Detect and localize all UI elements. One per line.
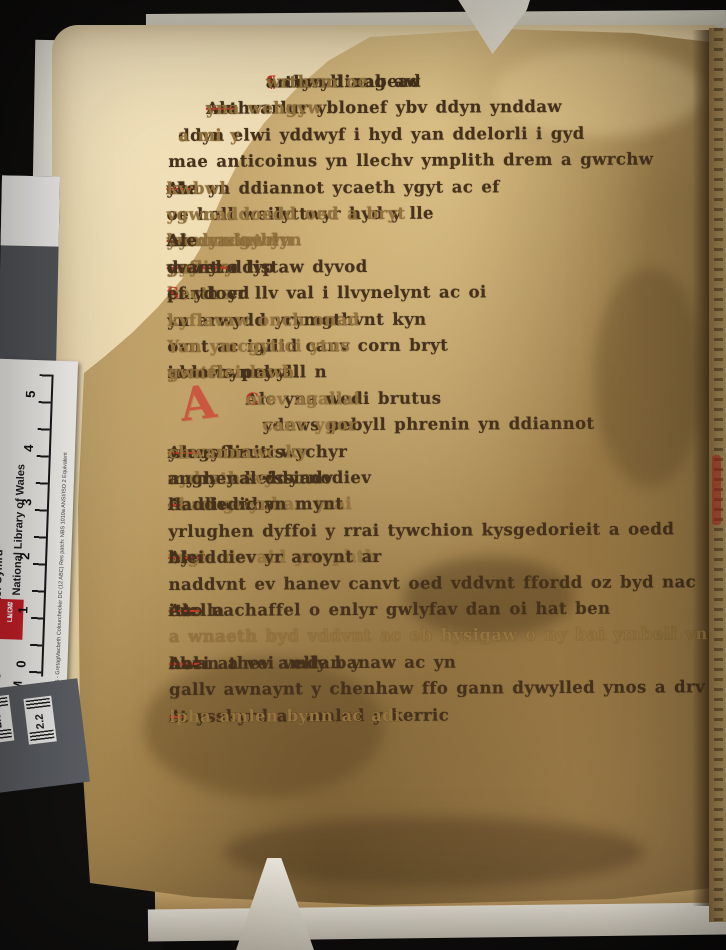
- manuscript-word-run: anghenal ddyrnodiev: [168, 468, 371, 488]
- manuscript-word-run: eu lla: [169, 601, 225, 620]
- ruler-number: 4: [21, 432, 36, 452]
- resolution-patch-label: 2.3: [0, 710, 5, 729]
- manuscript-word-run: lpha amlen bynn ac adi: [169, 705, 401, 725]
- rubric-initial-a: A: [177, 378, 218, 428]
- library-label-english: National Library of Wales: [11, 363, 31, 595]
- resolution-patch-label: 2.2: [33, 710, 47, 729]
- manuscript-word-run: gallv awnaynt y chenhaw ffo gann dywylle…: [169, 677, 705, 699]
- resolution-patch: 2.3: [0, 695, 14, 744]
- manuscript-word-run: yna wehgyw: [206, 99, 322, 119]
- manuscript-word-run: yrlughen dyffoi y rrai tywchion kysgedor…: [168, 519, 674, 541]
- resolution-patch-card: 2.3 2.2: [0, 678, 90, 793]
- manuscript-word-run: itto nachaffel o enlyr gwlyfav dan oi ha…: [169, 599, 611, 620]
- manuscript-word-run: a mi y: [178, 125, 240, 144]
- manuscript-word-run: ef ydoed: [167, 284, 250, 303]
- manuscript-word-run: kyflavaw onch onad: [167, 310, 360, 330]
- ruler-number: 2: [17, 540, 32, 560]
- manuscript-word-run: mae anticoinus yn llechv ymplith drem a …: [168, 150, 653, 172]
- manuscript-word-run: lladdedic yn mynt: [168, 494, 343, 514]
- manuscript-word-run: vvant o lyp: [167, 257, 275, 277]
- resolution-patch: 2.2: [23, 696, 56, 745]
- ruler-card: Llyfrgell Genedlaethol Cymru National Li…: [0, 359, 78, 712]
- ruler-number: 3: [19, 486, 34, 506]
- manuscript-word-run: chwannawc ky: [168, 442, 308, 462]
- manuscript-word-run: wrthvm oe: [266, 72, 369, 92]
- manuscript-word-run: naddvnt ev hanev canvt oed vddvnt ffordd…: [169, 572, 697, 594]
- manuscript-word-run: orev agallai: [246, 389, 361, 409]
- ruler-scale-ticks: [29, 374, 54, 676]
- ruler-number: 5: [23, 378, 38, 398]
- grayscale-wedge: [0, 175, 60, 370]
- manuscript-word-run: kwbwl: [166, 178, 226, 197]
- manuscript-word-run: hwan a vei velly banaw ac yn: [169, 652, 456, 673]
- manuscript-word-run: bleiddiev yr aroynt ar: [168, 547, 381, 567]
- nlw-logo-line2: NLW: [7, 601, 15, 618]
- ruler-number: 0: [13, 647, 28, 667]
- manuscript-word-run: canv ygor: [263, 415, 358, 434]
- manuscript-word-run: Ale: [167, 231, 198, 250]
- manuscript-word-run: Yan ymcgytici ytus: [167, 336, 350, 356]
- grayscale-patch-white: [1, 175, 60, 246]
- manuscript-word-run: a wnaeth byd vddvnt ac eb hysigaw o ny b…: [169, 625, 708, 647]
- ruler-number: 1: [15, 593, 30, 613]
- manuscript-word-run: ygwnaddoedd oed a bryt: [167, 204, 406, 224]
- manuscript-photo: a thwyll nabead ¶ annyn diang aw wrthvm …: [0, 0, 726, 950]
- library-label-welsh: Llyfrgell Genedlaethol Cymru: [0, 365, 12, 703]
- manuscript-text: a thwyll nabead ¶ annyn diang aw wrthvm …: [0, 0, 726, 950]
